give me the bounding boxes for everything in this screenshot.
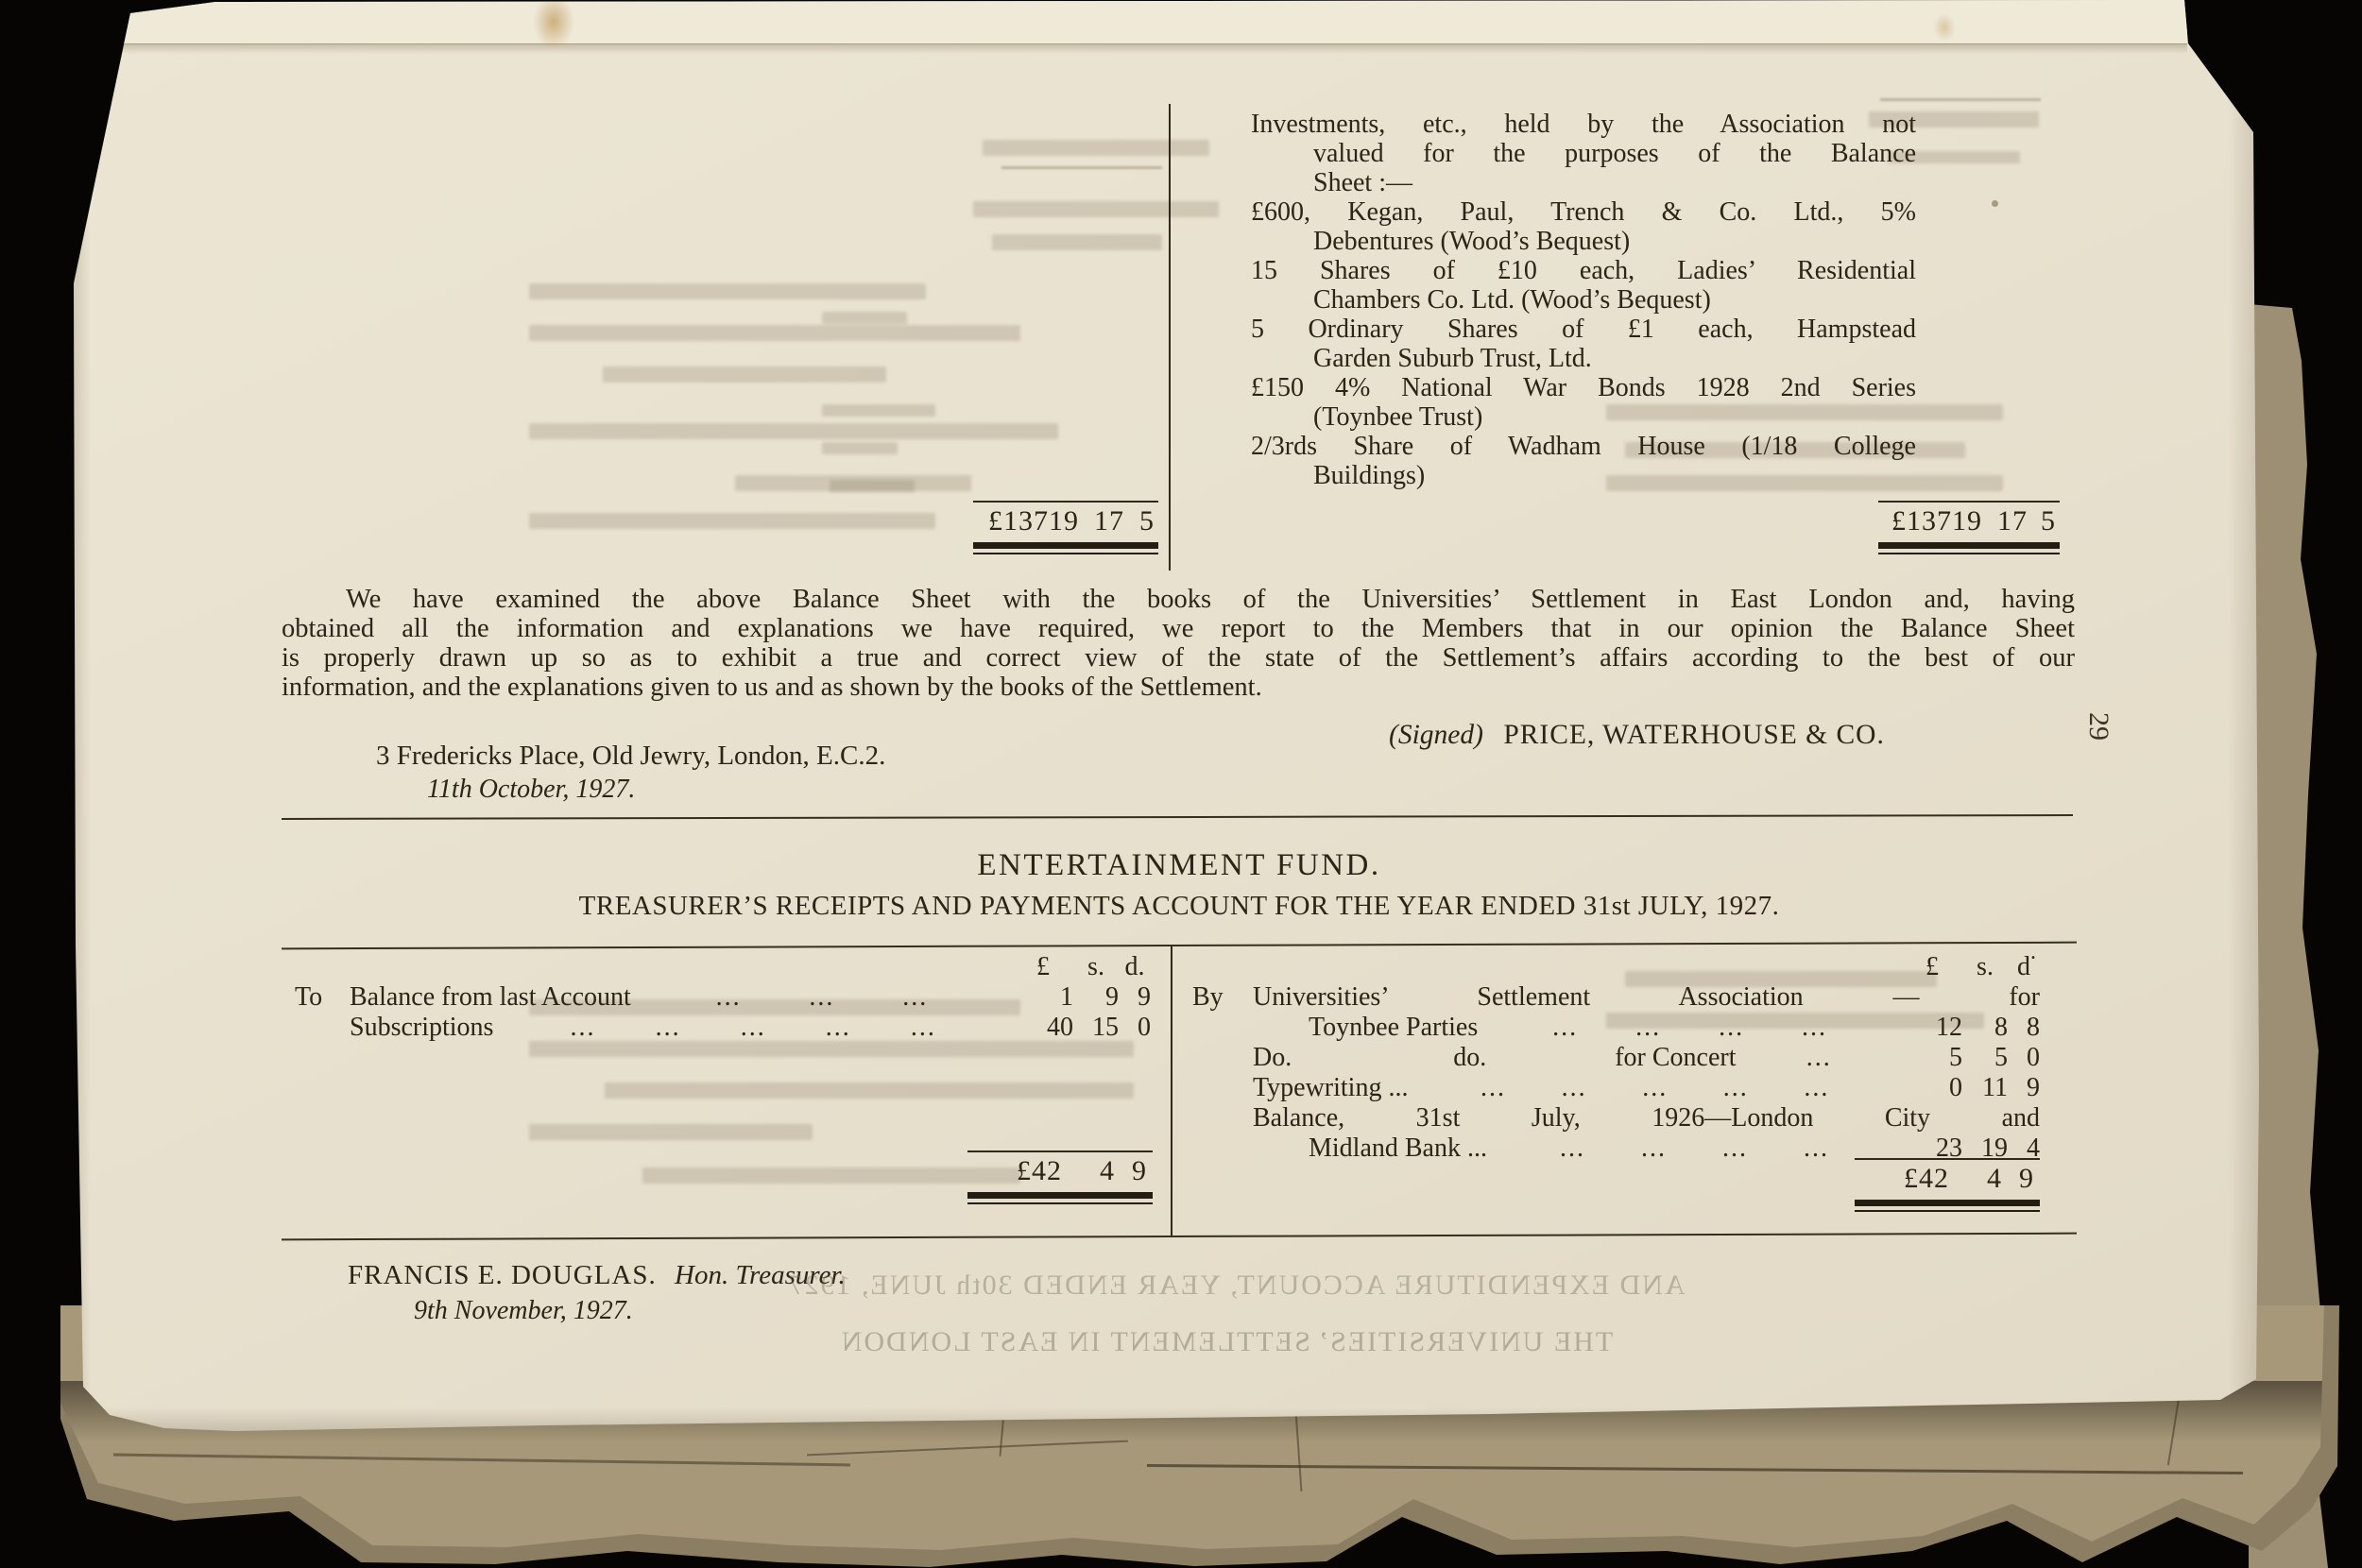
bleedthrough-bar xyxy=(822,442,898,454)
bleedthrough-bar xyxy=(992,234,1162,250)
row-label-part: Do. xyxy=(1253,1043,1292,1073)
payments-total: £42 4 9 xyxy=(1855,1158,2040,1212)
bleedthrough-bar xyxy=(603,366,886,383)
signature-line: (Signed) PRICE, WATERHOUSE & CO. xyxy=(1389,720,2107,751)
total-pence: 9 xyxy=(1115,1154,1147,1188)
investments-line: 5 Ordinary Shares of £1 each, Hampstead xyxy=(1251,315,1916,344)
paragraph-line: obtained all the information and explana… xyxy=(282,615,2075,644)
investments-line: Chambers Co. Ltd. (Wood’s Bequest) xyxy=(1251,285,1916,315)
balance-total-left: £13719 17 5 xyxy=(973,501,1158,554)
total-pence: 5 xyxy=(2028,504,2056,538)
total-shillings: 17 xyxy=(1982,504,2028,538)
row-shillings: 15 xyxy=(1073,1013,1119,1043)
row-label: Subscriptions xyxy=(350,1013,493,1043)
page-edge-shading xyxy=(2228,0,2260,1432)
bleedthrough-mirrored-text: AND EXPENDITURE ACCOUNT, YEAR ENDED 30th… xyxy=(527,1270,1944,1302)
total-shillings: 4 xyxy=(1062,1154,1115,1188)
bleedthrough-mirrored-text: THE UNIVERSITIES’ SETTLEMENT IN EAST LON… xyxy=(603,1326,1850,1358)
section-divider-rule xyxy=(282,814,2073,820)
bleedthrough-rule xyxy=(1880,98,2041,101)
row-prefix: By xyxy=(1192,982,1253,1013)
receipts-column: £ s. d. To Balance from last Account ...… xyxy=(283,952,1162,1043)
row-label: Balance from last Account xyxy=(350,982,631,1013)
total-shillings: 4 xyxy=(1949,1162,2002,1196)
shillings-header: s. xyxy=(1962,952,2008,982)
row-shillings: 8 xyxy=(1962,1013,2008,1043)
pounds-header: £ xyxy=(1902,952,1962,982)
bleedthrough-bar xyxy=(830,480,915,492)
shillings-header: s. xyxy=(1073,952,1119,982)
fold-shadow xyxy=(74,44,2187,54)
row-label: Universities’ Settlement Association — f… xyxy=(1253,982,2040,1013)
table-row: Do. do. for Concert ... 5 5 0 xyxy=(1192,1043,2040,1073)
page-number-text: 29 xyxy=(2082,712,2114,741)
paragraph-line: We have examined the above Balance Sheet… xyxy=(282,586,2075,615)
row-label: Balance, 31st July, 1926—London City and xyxy=(1253,1103,2040,1133)
investments-line: £600, Kegan, Paul, Trench & Co. Ltd., 5% xyxy=(1251,197,1916,227)
balance-total-right: £13719 17 5 xyxy=(1878,501,2060,554)
cardboard-crack xyxy=(113,1454,850,1467)
fund-title: ENTERTAINMENT FUND. xyxy=(282,848,2077,883)
double-rule xyxy=(967,1192,1153,1204)
table-row: Typewriting ... ............... 0 11 9 xyxy=(1192,1073,2040,1103)
row-pence: 0 xyxy=(1119,1013,1151,1043)
total-rule xyxy=(967,1150,1153,1152)
total-rule xyxy=(973,501,1158,503)
investments-line: valued for the purposes of the Balance xyxy=(1251,139,1916,168)
investments-line: Buildings) xyxy=(1251,461,1916,490)
paragraph-line: is properly drawn up so as to exhibit a … xyxy=(282,644,2075,673)
bleedthrough-bar xyxy=(983,140,1209,156)
bleedthrough-bar xyxy=(529,325,1020,341)
column-divider xyxy=(1169,104,1171,571)
investments-line: Investments, etc., held by the Associati… xyxy=(1251,110,1916,139)
paragraph-line: information, and the explanations given … xyxy=(282,673,2075,703)
fund-heading: ENTERTAINMENT FUND. TREASURER’S RECEIPTS… xyxy=(282,848,2077,922)
pence-header: d. xyxy=(1119,952,1151,982)
auditor-name: PRICE, WATERHOUSE & CO. xyxy=(1503,720,1885,750)
pence-header-text: d xyxy=(2017,952,2030,981)
stray-ink-dot: . xyxy=(2030,952,2036,967)
paper-stain xyxy=(1933,13,1956,42)
row-shillings: 5 xyxy=(1962,1043,2008,1073)
document-page: Investments, etc., held by the Associati… xyxy=(74,0,2260,1432)
table-row: Balance, 31st July, 1926—London City and xyxy=(1192,1103,2040,1133)
row-pounds: 1 xyxy=(1013,982,1073,1013)
table-center-divider xyxy=(1171,946,1172,1236)
investments-line: 15 Shares of £10 each, Ladies’ Residenti… xyxy=(1251,256,1916,285)
table-row: Subscriptions ............... 40 15 0 xyxy=(295,1013,1151,1043)
audit-date: 11th October, 1927. xyxy=(427,775,635,805)
row-label-part: do. xyxy=(1453,1043,1486,1073)
dot-leaders: ............ xyxy=(1478,1013,1902,1043)
bleedthrough-rule xyxy=(1001,166,1162,169)
double-rule xyxy=(1855,1200,2040,1212)
bleedthrough-bar xyxy=(529,513,935,529)
investments-line: Garden Suburb Trust, Ltd. xyxy=(1251,344,1916,373)
double-rule xyxy=(1878,542,2060,554)
total-pounds: £42 xyxy=(1855,1162,1949,1196)
investments-line: (Toynbee Trust) xyxy=(1251,402,1916,432)
dot-leaders: ... xyxy=(1737,1043,1902,1073)
investments-note: Investments, etc., held by the Associati… xyxy=(1251,110,1916,490)
bleedthrough-bar xyxy=(529,283,926,299)
auditor-paragraph: We have examined the above Balance Sheet… xyxy=(282,586,2075,703)
row-pence: 9 xyxy=(1119,982,1151,1013)
row-pounds: 12 xyxy=(1902,1013,1962,1043)
cardboard-crack xyxy=(807,1440,1128,1457)
table-row: To Balance from last Account ......... 1… xyxy=(295,982,1151,1013)
row-label: Midland Bank ... xyxy=(1309,1133,1487,1164)
investments-line: Sheet :— xyxy=(1251,168,1916,197)
page-edge-shading xyxy=(74,0,91,1432)
table-bottom-rule xyxy=(282,1233,2077,1241)
dot-leaders: ............... xyxy=(1408,1073,1902,1103)
row-shillings: 11 xyxy=(1962,1073,2008,1103)
investments-line: £150 4% National War Bonds 1928 2nd Seri… xyxy=(1251,373,1916,402)
amount-header-row: £ s. d. xyxy=(295,952,1151,982)
row-label-part: for Concert xyxy=(1615,1043,1736,1073)
row-prefix: To xyxy=(295,982,350,1013)
total-shillings: 17 xyxy=(1079,504,1124,538)
investments-line: 2/3rds Share of Wadham House (1/18 Colle… xyxy=(1251,432,1916,461)
pence-header: d . xyxy=(2008,952,2040,982)
paper-speck xyxy=(1992,200,1998,207)
total-pence: 5 xyxy=(1124,504,1155,538)
dot-leaders: ............... xyxy=(493,1013,1013,1043)
amount-header-row: £ s. d . xyxy=(1192,952,2040,982)
row-pounds: 0 xyxy=(1902,1073,1962,1103)
total-pounds: £13719 xyxy=(973,504,1079,538)
table-row: By Universities’ Settlement Association … xyxy=(1192,982,2040,1013)
page-fold-strip xyxy=(74,0,2187,44)
row-label: Typewriting ... xyxy=(1253,1073,1408,1103)
bleedthrough-bar xyxy=(822,312,907,324)
row-pence: 0 xyxy=(2008,1043,2040,1073)
row-pence: 9 xyxy=(2008,1073,2040,1103)
fund-subtitle: TREASURER’S RECEIPTS AND PAYMENTS ACCOUN… xyxy=(282,891,2077,922)
total-pounds: £13719 xyxy=(1878,504,1982,538)
cardboard-crack xyxy=(1147,1464,2243,1474)
pounds-header: £ xyxy=(1013,952,1073,982)
page-number: 29 xyxy=(2084,710,2122,776)
bleedthrough-bar xyxy=(822,404,935,417)
total-pounds: £42 xyxy=(967,1154,1062,1188)
row-pounds: 5 xyxy=(1902,1043,1962,1073)
total-pence: 9 xyxy=(2002,1162,2034,1196)
bleedthrough-bar xyxy=(973,201,1219,217)
payments-column: £ s. d . By Universities’ Settlement Ass… xyxy=(1181,952,2064,1164)
total-rule xyxy=(1855,1158,2040,1160)
table-row: Toynbee Parties ............ 12 8 8 xyxy=(1192,1013,2040,1043)
double-rule xyxy=(973,542,1158,554)
row-pounds: 40 xyxy=(1013,1013,1073,1043)
table-top-rule xyxy=(282,942,2077,950)
signed-prefix: (Signed) xyxy=(1389,720,1483,750)
total-rule xyxy=(1878,501,2060,503)
receipts-total: £42 4 9 xyxy=(967,1150,1153,1204)
dot-leaders: ......... xyxy=(631,982,1013,1013)
auditor-address: 3 Fredericks Place, Old Jewry, London, E… xyxy=(376,741,885,772)
row-label: Toynbee Parties xyxy=(1309,1013,1478,1043)
dot-leaders: ............ xyxy=(1487,1133,1902,1164)
bleedthrough-bar xyxy=(529,423,1058,439)
fund-account-table: £ s. d. To Balance from last Account ...… xyxy=(282,945,2077,1239)
investments-line: Debentures (Wood’s Bequest) xyxy=(1251,227,1916,256)
row-pence: 8 xyxy=(2008,1013,2040,1043)
scanned-document-photo: { "page_number": "29", "investments": { … xyxy=(0,0,2362,1568)
row-shillings: 9 xyxy=(1073,982,1119,1013)
